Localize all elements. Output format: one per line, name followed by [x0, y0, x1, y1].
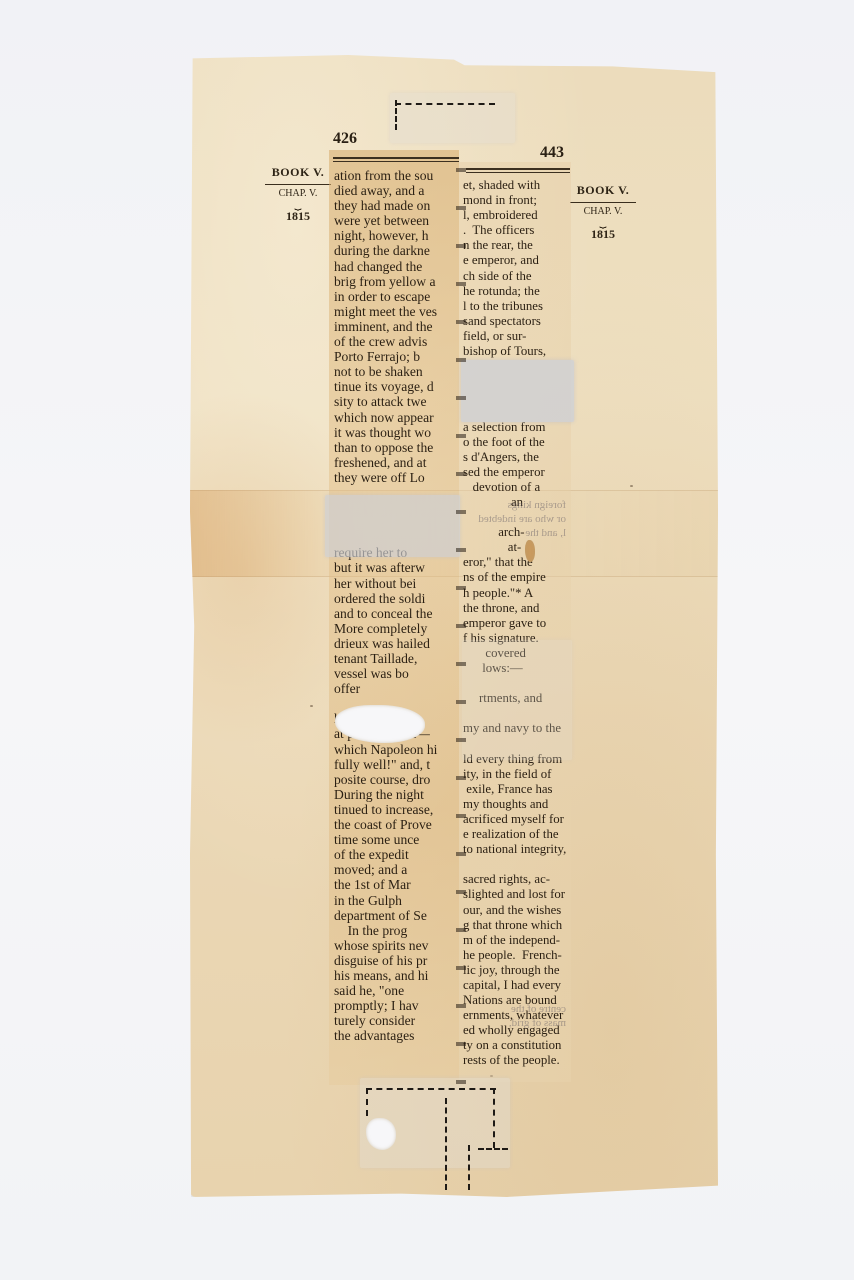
year-label: 1815 [570, 227, 636, 242]
stitch-seam [456, 148, 466, 1098]
text-line: sity to attack twe [334, 394, 458, 409]
book-label: BOOK V. [265, 165, 331, 180]
text-line: the 1st of Mar [334, 877, 458, 892]
text-line: More completely [334, 621, 458, 636]
text-line: freshened, and at [334, 455, 458, 470]
text-line: ity, in the field of [463, 767, 571, 782]
text-line: ordered the soldi [334, 591, 458, 606]
text-line: h people."* A [463, 586, 571, 601]
text-line: and to conceal the [334, 606, 458, 621]
text-line: . The officers [463, 223, 571, 238]
text-line: the coast of Prove [334, 817, 458, 832]
text-line: Porto Ferrajo; b [334, 349, 458, 364]
text-line: whose spirits nev [334, 938, 458, 953]
right-header-rule-thin [466, 172, 570, 173]
text-line: the throne, and [463, 601, 571, 616]
text-line: not to be shaken [334, 364, 458, 379]
left-margin-heading: BOOK V. CHAP. V. ⏟ 1815 [265, 165, 331, 224]
text-line: devotion of a [463, 480, 571, 495]
left-page-number: 426 [333, 130, 357, 148]
burn-spot [525, 540, 535, 562]
text-line: ch side of the [463, 269, 571, 284]
stitch-line-bottom-right [493, 1088, 495, 1148]
text-line: in the Gulph [334, 893, 458, 908]
text-line: emperor gave to [463, 616, 571, 631]
text-line: of the crew advis [334, 334, 458, 349]
text-line: which Napoleon hi [334, 742, 458, 757]
text-line: et, shaded with [463, 178, 571, 193]
text-line: l to the tribunes [463, 299, 571, 314]
text-line: they had made on [334, 198, 458, 213]
text-line: fully well!" and, t [334, 757, 458, 772]
text-line: n the rear, the [463, 238, 571, 253]
right-header-rule [466, 168, 570, 170]
brace-ornament: ⏟ [570, 217, 636, 227]
margin-rule [570, 202, 636, 203]
stitch-line-bottom-center [445, 1098, 447, 1190]
text-line: night, however, h [334, 228, 458, 243]
tissue-patch [461, 360, 574, 422]
text-line: turely consider [334, 1013, 458, 1028]
tissue-patch-top [390, 93, 515, 143]
text-line: lic joy, through the [463, 963, 571, 978]
text-line: During the night [334, 787, 458, 802]
right-page-number: 443 [540, 144, 564, 162]
text-line: tinue its voyage, d [334, 379, 458, 394]
text-line: tenant Taillade, [334, 651, 458, 666]
paper-fleck [310, 705, 313, 707]
text-line: sacred rights, ac- [463, 872, 571, 887]
book-label: BOOK V. [570, 183, 636, 198]
right-margin-heading: BOOK V. CHAP. V. ⏟ 1815 [570, 183, 636, 242]
right-text-column: et, shaded withmond in front;l, embroide… [463, 178, 571, 1088]
stitch-line-bottom-horizontal [478, 1148, 508, 1150]
year-label: 1815 [265, 209, 331, 224]
left-header-rule [333, 157, 459, 159]
text-line: during the darkne [334, 243, 458, 258]
text-line: g that throne which [463, 918, 571, 933]
text-line: our, and the wishes [463, 903, 571, 918]
text-line: he people. French- [463, 948, 571, 963]
reversed-ghost-text: foreign kings or who are indebted l, and… [466, 498, 566, 554]
stitch-line-bottom [366, 1088, 496, 1090]
text-line: died away, and a [334, 183, 458, 198]
text-line: might meet the ves [334, 304, 458, 319]
text-line: her without bei [334, 576, 458, 591]
margin-rule [265, 184, 331, 185]
stitch-line-bottom-center2 [468, 1145, 470, 1190]
text-line: promptly; I hav [334, 998, 458, 1013]
text-line: exile, France has [463, 782, 571, 797]
text-line: bishop of Tours, [463, 344, 571, 359]
text-line: e realization of the [463, 827, 571, 842]
text-line: had changed the [334, 259, 458, 274]
text-line: he rotunda; the [463, 284, 571, 299]
text-line: field, or sur- [463, 329, 571, 344]
left-header-rule-thin [333, 161, 459, 162]
text-line: ation from the sou [334, 168, 458, 183]
text-line: than to oppose the [334, 440, 458, 455]
text-line: s d'Angers, the [463, 450, 571, 465]
text-line: his means, and hi [334, 968, 458, 983]
text-line: l, embroidered [463, 208, 571, 223]
stitch-line-top [395, 103, 495, 105]
text-line: In the prog [334, 923, 458, 938]
tissue-patch [325, 495, 460, 557]
text-line: imminent, and the [334, 319, 458, 334]
stitch-line-top-vertical [395, 100, 397, 130]
text-line: to national integrity, [463, 842, 571, 857]
text-line: posite course, dro [334, 772, 458, 787]
text-line: but it was afterw [334, 560, 458, 575]
text-line: e emperor, and [463, 253, 571, 268]
text-line: which now appear [334, 410, 458, 425]
text-line: disguise of his pr [334, 953, 458, 968]
text-line: slighted and lost for [463, 887, 571, 902]
text-line: eror," that the [463, 555, 571, 570]
paper-fleck [630, 485, 633, 487]
left-text-column: ation from the soudied away, and athey h… [334, 168, 458, 1068]
text-line: they were off Lo [334, 470, 458, 485]
text-line: sed the emperor [463, 465, 571, 480]
text-line: it was thought wo [334, 425, 458, 440]
stitch-line-bottom-left [366, 1088, 368, 1116]
text-line: the advantages [334, 1028, 458, 1043]
text-line: said he, "one [334, 983, 458, 998]
text-line: time some unce [334, 832, 458, 847]
brace-ornament: ⏟ [265, 199, 331, 209]
text-line: brig from yellow a [334, 274, 458, 289]
cut-hole [366, 1118, 396, 1150]
tissue-patch [462, 640, 572, 760]
reversed-ghost-text: centre of the mass of grid, [466, 1002, 566, 1042]
text-line: of the expedit [334, 847, 458, 862]
text-line: mond in front; [463, 193, 571, 208]
text-line: tinued to increase, [334, 802, 458, 817]
text-line: drieux was hailed [334, 636, 458, 651]
text-line: were yet between [334, 213, 458, 228]
text-line: sand spectators [463, 314, 571, 329]
text-line: department of Se [334, 908, 458, 923]
text-line: capital, I had every [463, 978, 571, 993]
text-line: o the foot of the [463, 435, 571, 450]
text-line: in order to escape [334, 289, 458, 304]
text-line: acrificed myself for [463, 812, 571, 827]
text-line: rests of the people. [463, 1053, 571, 1068]
text-line: moved; and a [334, 862, 458, 877]
text-line: offer [334, 681, 458, 696]
text-line: m of the independ- [463, 933, 571, 948]
text-line: ns of the empire [463, 570, 571, 585]
text-line [463, 857, 571, 872]
text-line: my thoughts and [463, 797, 571, 812]
text-line: vessel was bo [334, 666, 458, 681]
